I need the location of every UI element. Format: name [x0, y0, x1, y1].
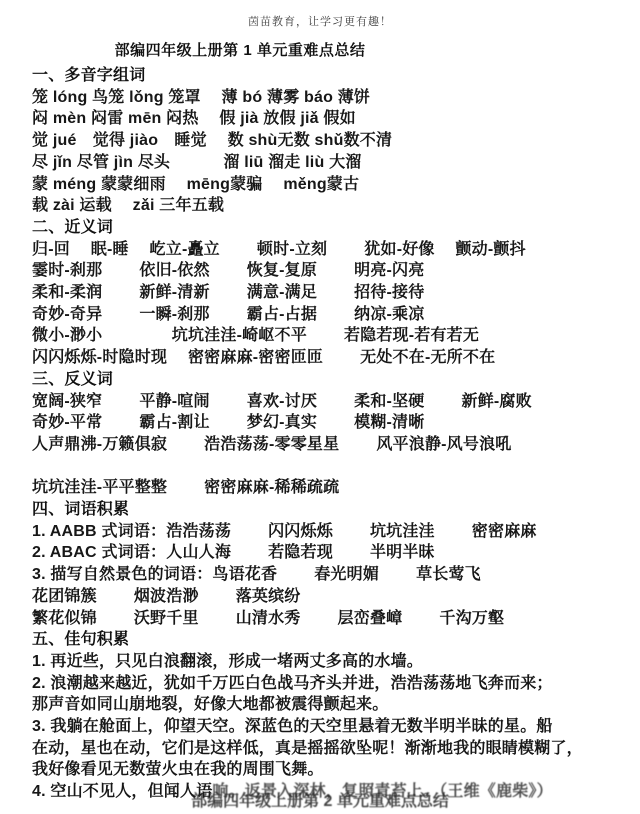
polyphone-line: 闷 mèn 闷雷 mēn 闷热 假 jià 放假 jiǎ 假如 [32, 108, 618, 130]
document-body: 一、多音字组词 笼 lóng 鸟笼 lǒng 笼罩 薄 bó 薄雾 báo 薄饼… [32, 65, 618, 803]
word-pattern-line: 花团锦簇 烟波浩渺 落英缤纷 [32, 586, 618, 608]
worksheet-page: 茵苗教育，让学习更有趣！ 部编四年级上册第 1 单元重难点总结 一、多音字组词 … [0, 0, 640, 814]
section-heading-antonyms: 三、反义词 [32, 369, 618, 391]
next-page-title: 部编四年级上册第 2 单元重难点总结 [0, 788, 640, 811]
site-slogan: 茵苗教育，让学习更有趣！ [0, 0, 640, 29]
polyphone-line: 载 zài 运载 zǎi 三年五载 [32, 195, 618, 217]
section-heading-word-accumulation: 四、词语积累 [32, 499, 618, 521]
section-heading-polyphones: 一、多音字组词 [32, 65, 618, 87]
synonym-line: 霎时-刹那 依旧-依然 恢复-复原 明亮-闪亮 [32, 260, 618, 282]
synonym-line: 柔和-柔润 新鲜-清新 满意-满足 招待-接待 [32, 282, 618, 304]
word-pattern-line: 繁花似锦 沃野千里 山清水秀 层峦叠嶂 千沟万壑 [32, 608, 618, 630]
polyphone-line: 觉 jué 觉得 jiào 睡觉 数 shù无数 shǔ数不清 [32, 130, 618, 152]
sentence-line: 2. 浪潮越来越近，犹如千万匹白色战马齐头并进，浩浩荡荡地飞奔而来； [32, 673, 618, 695]
synonym-line: 微小-渺小 坑坑洼洼-崎岖不平 若隐若现-若有若无 [32, 325, 618, 347]
section-heading-sentences: 五、佳句积累 [32, 629, 618, 651]
sentence-line: 那声音如同山崩地裂，好像大地都被震得颤起来。 [32, 694, 618, 716]
word-pattern-line: 1. AABB 式词语：浩浩荡荡 闪闪烁烁 坑坑洼洼 密密麻麻 [32, 521, 618, 543]
antonym-line: 奇妙-平常 霸占-割让 梦幻-真实 模糊-清晰 [32, 412, 618, 434]
section-heading-synonyms: 二、近义词 [32, 217, 618, 239]
polyphone-line: 笼 lóng 鸟笼 lǒng 笼罩 薄 bó 薄雾 báo 薄饼 [32, 87, 618, 109]
antonym-line: 人声鼎沸-万籁俱寂 浩浩荡荡-零零星星 风平浪静-风号浪吼 [32, 434, 618, 456]
sentence-line: 3. 我躺在舱面上，仰望天空。深蓝色的天空里悬着无数半明半昧的星。船 [32, 716, 618, 738]
antonym-line: 宽阔-狭窄 平静-喧闹 喜欢-讨厌 柔和-坚硬 新鲜-腐败 [32, 391, 618, 413]
polyphone-line: 蒙 méng 蒙蒙细雨 mēng蒙骗 měng蒙古 [32, 174, 618, 196]
word-pattern-line: 2. ABAC 式词语：人山人海 若隐若现 半明半昧 [32, 542, 618, 564]
blank-line [32, 456, 618, 478]
title-row: 部编四年级上册第 1 单元重难点总结 [0, 39, 480, 60]
synonym-line: 归-回 眠-睡 屹立-矗立 顿时-立刻 犹如-好像 颤动-颤抖 [32, 239, 618, 261]
page-title: 部编四年级上册第 1 单元重难点总结 [115, 42, 366, 59]
word-pattern-line: 3. 描写自然景色的词语：鸟语花香 春光明媚 草长莺飞 [32, 564, 618, 586]
sentence-line: 1. 再近些，只见白浪翻滚，形成一堵两丈多高的水墙。 [32, 651, 618, 673]
sentence-line: 我好像看见无数萤火虫在我的周围飞舞。 [32, 759, 618, 781]
polyphone-line: 尽 jǐn 尽管 jìn 尽头 溜 liū 溜走 liù 大溜 [32, 152, 618, 174]
synonym-line: 闪闪烁烁-时隐时现 密密麻麻-密密匝匝 无处不在-无所不在 [32, 347, 618, 369]
synonym-line: 奇妙-奇异 一瞬-刹那 霸占-占据 纳凉-乘凉 [32, 304, 618, 326]
antonym-line: 坑坑洼洼-平平整整 密密麻麻-稀稀疏疏 [32, 477, 618, 499]
sentence-line: 在动，星也在动，它们是这样低，真是摇摇欲坠呢！渐渐地我的眼睛模糊了， [32, 738, 618, 760]
